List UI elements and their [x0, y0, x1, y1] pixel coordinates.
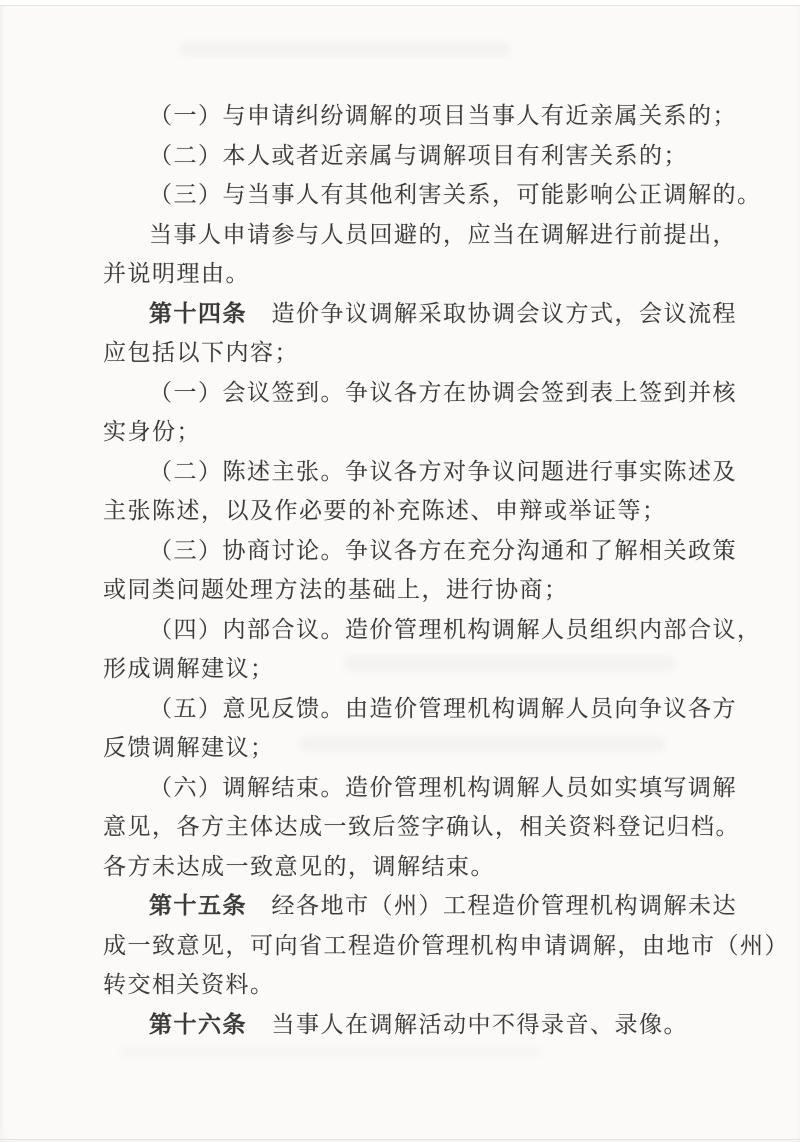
text-line: 转交相关资料。 [103, 965, 709, 1005]
page-bottom-edge [0, 1139, 800, 1140]
text-line: （五）意见反馈。由造价管理机构调解人员向争议各方 [103, 689, 709, 729]
text-line: 第十四条 造价争议调解采取协调会议方式，会议流程 [103, 294, 709, 334]
line-text: 经各地市（州）工程造价管理机构调解未达 [247, 893, 737, 918]
text-line: （一）与申请纠纷调解的项目当事人有近亲属关系的； [103, 96, 709, 136]
article-heading: 第十四条 [149, 301, 247, 326]
text-line: 意见，各方主体达成一致后签字确认，相关资料登记归档。 [103, 807, 709, 847]
text-line: 主张陈述，以及作必要的补充陈述、申辩或举证等； [103, 491, 709, 531]
text-line: 第十五条 经各地市（州）工程造价管理机构调解未达 [103, 886, 709, 926]
line-text: 各方未达成一致意见的，调解结束。 [103, 854, 495, 879]
text-line: 第十六条 当事人在调解活动中不得录音、录像。 [103, 1005, 709, 1045]
text-line: 并说明理由。 [103, 254, 709, 294]
line-text: 并说明理由。 [103, 261, 250, 286]
text-line: （三）与当事人有其他利害关系，可能影响公正调解的。 [103, 175, 709, 215]
bleed-through-artifact [180, 42, 510, 56]
text-line: 应包括以下内容； [103, 333, 709, 373]
text-line: （三）协商讨论。争议各方在充分沟通和了解相关政策 [103, 531, 709, 571]
line-text: 主张陈述，以及作必要的补充陈述、申辩或举证等； [103, 498, 667, 523]
line-text: 或同类问题处理方法的基础上，进行协商； [103, 577, 569, 602]
article-heading: 第十六条 [149, 1012, 247, 1037]
line-text: （二）陈述主张。争议各方对争议问题进行事实陈述及 [149, 459, 737, 484]
line-text: （六）调解结束。造价管理机构调解人员如实填写调解 [149, 775, 737, 800]
line-text: 实身份； [103, 419, 201, 444]
article-heading: 第十五条 [149, 893, 247, 918]
text-line: （二）陈述主张。争议各方对争议问题进行事实陈述及 [103, 452, 709, 492]
document-body: （一）与申请纠纷调解的项目当事人有近亲属关系的； （二）本人或者近亲属与调解项目… [103, 96, 709, 1044]
text-line: 成一致意见，可向省工程造价管理机构申请调解，由地市（州） [103, 926, 709, 966]
line-text: （一）会议签到。争议各方在协调会签到表上签到并核 [149, 380, 737, 405]
line-text: （三）协商讨论。争议各方在充分沟通和了解相关政策 [149, 538, 737, 563]
text-line: 各方未达成一致意见的，调解结束。 [103, 847, 709, 887]
line-text: （五）意见反馈。由造价管理机构调解人员向争议各方 [149, 696, 737, 721]
text-line: 实身份； [103, 412, 709, 452]
text-line: （四）内部合议。造价管理机构调解人员组织内部合议， [103, 610, 709, 650]
line-text: （一）与申请纠纷调解的项目当事人有近亲属关系的； [149, 103, 737, 128]
line-text: 应包括以下内容； [103, 340, 299, 365]
line-text: 反馈调解建议； [103, 735, 275, 760]
line-text: （二）本人或者近亲属与调解项目有利害关系的； [149, 143, 688, 168]
text-line: （六）调解结束。造价管理机构调解人员如实填写调解 [103, 768, 709, 808]
text-line: 反馈调解建议； [103, 728, 709, 768]
line-text: 转交相关资料。 [103, 972, 275, 997]
bleed-through-artifact [120, 1046, 540, 1058]
document-page: （一）与申请纠纷调解的项目当事人有近亲属关系的； （二）本人或者近亲属与调解项目… [0, 0, 800, 1142]
line-text: 成一致意见，可向省工程造价管理机构申请调解，由地市（州） [103, 933, 789, 958]
line-text: 当事人在调解活动中不得录音、录像。 [247, 1012, 688, 1037]
text-line: （二）本人或者近亲属与调解项目有利害关系的； [103, 136, 709, 176]
page-top-edge [0, 0, 800, 6]
line-text: 形成调解建议； [103, 656, 275, 681]
text-line: 形成调解建议； [103, 649, 709, 689]
line-text: （三）与当事人有其他利害关系，可能影响公正调解的。 [149, 182, 762, 207]
line-text: 造价争议调解采取协调会议方式，会议流程 [247, 301, 737, 326]
text-line: 或同类问题处理方法的基础上，进行协商； [103, 570, 709, 610]
line-text: 意见，各方主体达成一致后签字确认，相关资料登记归档。 [103, 814, 740, 839]
text-line: 当事人申请参与人员回避的，应当在调解进行前提出， [103, 215, 709, 255]
text-line: （一）会议签到。争议各方在协调会签到表上签到并核 [103, 373, 709, 413]
line-text: （四）内部合议。造价管理机构调解人员组织内部合议， [149, 617, 762, 642]
line-text: 当事人申请参与人员回避的，应当在调解进行前提出， [149, 222, 737, 247]
